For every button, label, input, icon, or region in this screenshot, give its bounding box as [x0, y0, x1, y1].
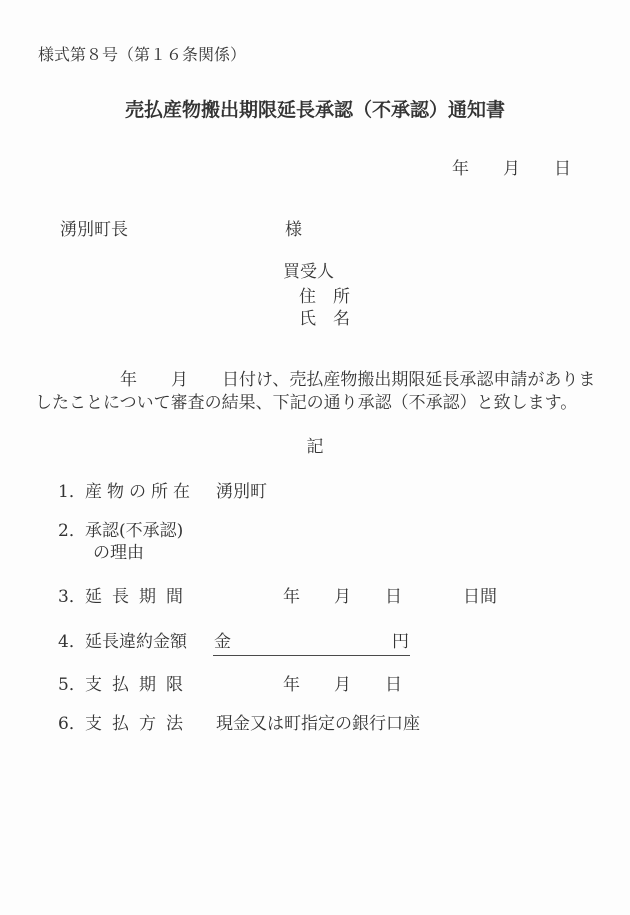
record-marker: 記	[0, 437, 630, 458]
item-label: 支払方法	[85, 714, 193, 735]
amount-suffix: 円	[392, 632, 409, 653]
item-value: 湧別町	[216, 482, 267, 503]
addressee-name: 湧別町長	[60, 220, 128, 241]
item-number: 6．	[58, 714, 86, 735]
item-number: 5．	[58, 675, 86, 696]
item-number: 4．	[58, 632, 86, 653]
item-number: 2．	[58, 521, 86, 542]
item-days-suffix: 日間	[463, 587, 497, 608]
item-date-blank: 年 月 日	[283, 587, 402, 608]
form-number: 様式第８号（第１６条関係）	[38, 45, 246, 65]
item-number: 1．	[58, 482, 86, 503]
buyer-heading: 買受人	[283, 262, 334, 283]
item-label: 延長違約金額	[85, 632, 187, 653]
document-page: 様式第８号（第１６条関係） 売払産物搬出期限延長承認（不承認）通知書 年 月 日…	[0, 0, 630, 915]
amount-blank-line: 金 円	[213, 632, 410, 656]
item-label: 承認(不承認)	[85, 521, 183, 542]
item-label-line2: の理由	[93, 543, 144, 564]
document-title: 売払産物搬出期限延長承認（不承認）通知書	[0, 99, 630, 123]
item-label: 延長期間	[85, 587, 193, 608]
body-paragraph: 年 月 日付け、売払産物搬出期限延長承認申請がありま したことについて審査の結果…	[35, 369, 613, 415]
buyer-name-label: 氏 名	[299, 309, 350, 330]
item-label: 支払期限	[85, 675, 193, 696]
date-blank-line: 年 月 日	[452, 159, 571, 180]
item-number: 3．	[58, 587, 86, 608]
addressee-honorific: 様	[285, 220, 302, 241]
amount-prefix: 金	[214, 632, 231, 653]
item-label: 産物の所在	[85, 482, 195, 503]
item-date-blank: 年 月 日	[283, 675, 402, 696]
item-value: 現金又は町指定の銀行口座	[216, 714, 420, 735]
buyer-address-label: 住 所	[299, 287, 350, 308]
